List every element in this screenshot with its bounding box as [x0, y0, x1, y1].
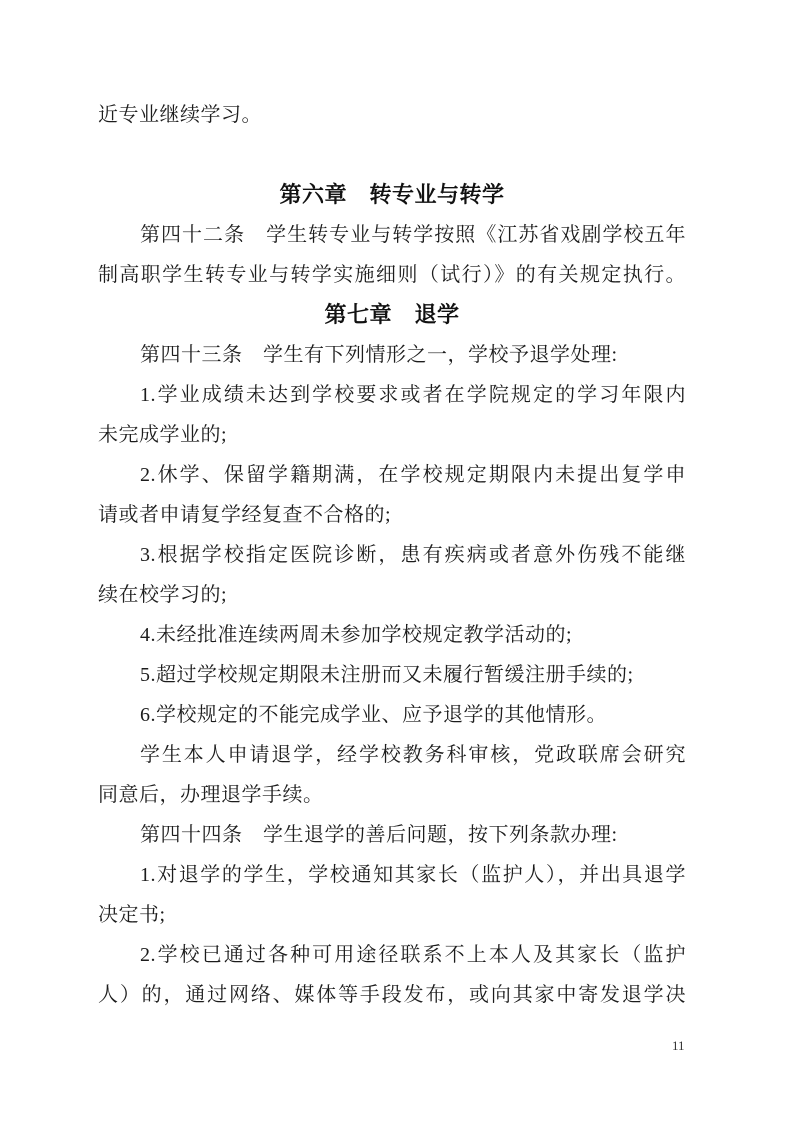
chapter-heading: 第六章 转专业与转学 [98, 175, 686, 215]
chapter-heading: 第七章 退学 [98, 295, 686, 335]
text-line: 请或者申请复学经复查不合格的; [98, 495, 686, 535]
list-item-line: 2.学校已通过各种可用途径联系不上本人及其家长（监护 [98, 935, 686, 975]
article-line: 第四十三条 学生有下列情形之一，学校予退学处理: [98, 335, 686, 375]
list-item-line: 5.超过学校规定期限未注册而又未履行暂缓注册手续的; [98, 655, 686, 695]
list-item-line: 6.学校规定的不能完成学业、应予退学的其他情形。 [98, 695, 686, 735]
text-line: 续在校学习的; [98, 575, 686, 615]
list-item-line: 1.学业成绩未达到学校要求或者在学院规定的学习年限内 [98, 375, 686, 415]
text-line: 人）的，通过网络、媒体等手段发布，或向其家中寄发退学决 [98, 975, 686, 1015]
paragraph-line: 学生本人申请退学，经学校教务科审核，党政联席会研究 [98, 735, 686, 775]
text-line: 同意后，办理退学手续。 [98, 775, 686, 815]
text-line: 未完成学业的; [98, 415, 686, 455]
text-line: 决定书; [98, 895, 686, 935]
list-item-line: 1.对退学的学生，学校通知其家长（监护人），并出具退学 [98, 855, 686, 895]
article-line: 第四十四条 学生退学的善后问题，按下列条款办理: [98, 815, 686, 855]
list-item-line: 4.未经批准连续两周未参加学校规定教学活动的; [98, 615, 686, 655]
text-line: 制高职学生转专业与转学实施细则（试行）》的有关规定执行。 [98, 255, 686, 295]
text-line: 近专业继续学习。 [98, 95, 686, 135]
page-number: 11 [672, 1038, 685, 1054]
list-item-line: 2.休学、保留学籍期满，在学校规定期限内未提出复学申 [98, 455, 686, 495]
article-line: 第四十二条 学生转专业与转学按照《江苏省戏剧学校五年 [98, 215, 686, 255]
document-page: 近专业继续学习。 第六章 转专业与转学 第四十二条 学生转专业与转学按照《江苏省… [0, 0, 794, 1124]
text-column: 近专业继续学习。 第六章 转专业与转学 第四十二条 学生转专业与转学按照《江苏省… [98, 95, 686, 1015]
list-item-line: 3.根据学校指定医院诊断，患有疾病或者意外伤残不能继 [98, 535, 686, 575]
